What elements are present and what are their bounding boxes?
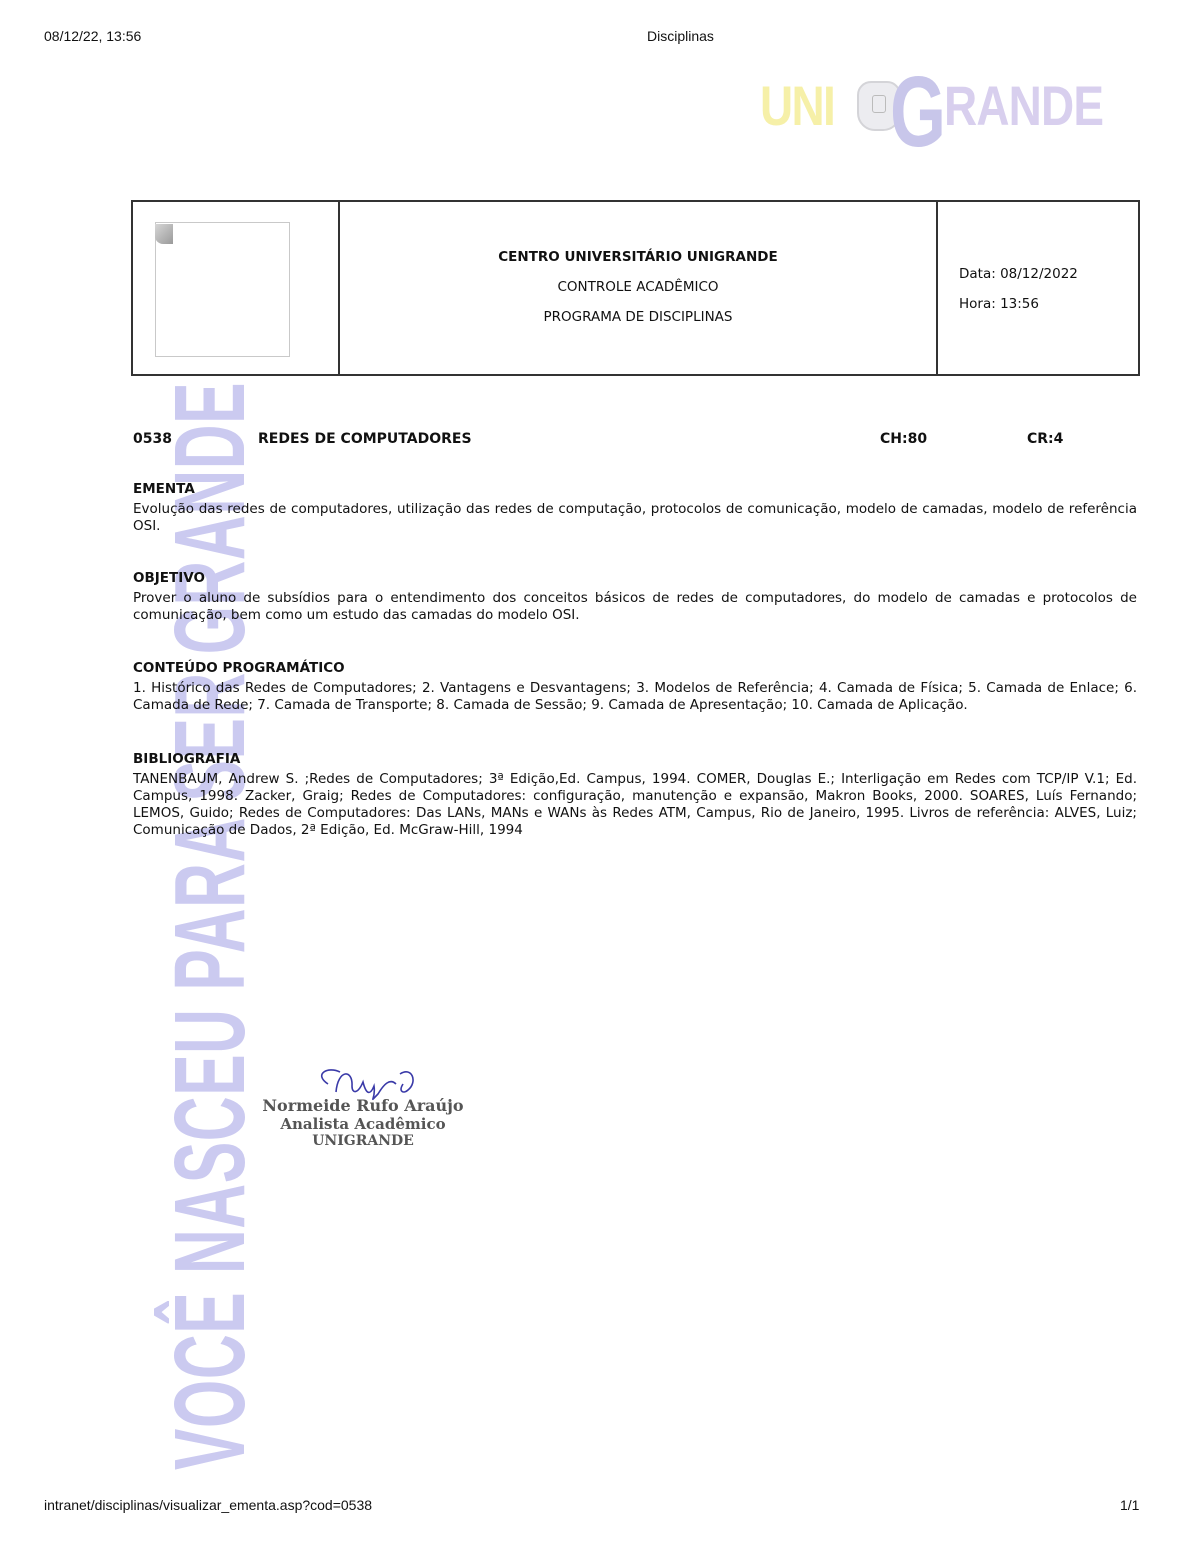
- course-name: REDES DE COMPUTADORES: [258, 431, 472, 447]
- logo-cell: [133, 202, 340, 374]
- section-title: EMENTA: [133, 481, 1137, 497]
- department-name: CONTROLE ACADÊMICO: [340, 279, 936, 295]
- unigrande-logo: UNI G RANDE: [752, 55, 1132, 155]
- section-title: CONTEÚDO PROGRAMÁTICO: [133, 660, 1137, 676]
- document-time: Hora: 13:56: [959, 296, 1138, 312]
- header-box: CENTRO UNIVERSITÁRIO UNIGRANDE CONTROLE …: [131, 200, 1140, 376]
- document-type: PROGRAMA DE DISCIPLINAS: [340, 309, 936, 325]
- institution-name: CENTRO UNIVERSITÁRIO UNIGRANDE: [340, 249, 936, 265]
- broken-image-icon: [155, 224, 173, 244]
- section-text: Prover o aluno de subsídios para o enten…: [133, 590, 1137, 624]
- datetime-cell: Data: 08/12/2022 Hora: 13:56: [938, 202, 1138, 374]
- section-text: 1. Histórico das Redes de Computadores; …: [133, 680, 1137, 714]
- section-conteudo: CONTEÚDO PROGRAMÁTICO 1. Histórico das R…: [133, 660, 1137, 714]
- institution-cell: CENTRO UNIVERSITÁRIO UNIGRANDE CONTROLE …: [340, 202, 938, 374]
- page-number: 1/1: [1120, 1497, 1139, 1513]
- signature-stamp: Normeide Rufo Araújo Analista Acadêmico …: [258, 1066, 468, 1149]
- image-placeholder: [155, 222, 290, 357]
- signer-role: Analista Acadêmico: [258, 1115, 468, 1133]
- section-text: TANENBAUM, Andrew S. ;Redes de Computado…: [133, 771, 1137, 839]
- course-credits: CR:4: [1027, 431, 1063, 447]
- section-title: OBJETIVO: [133, 570, 1137, 586]
- print-datetime: 08/12/22, 13:56: [44, 28, 141, 44]
- watermark-text: VOCÊ NASCEU PARA SER GRANDE: [160, 382, 260, 1470]
- section-objetivo: OBJETIVO Prover o aluno de subsídios par…: [133, 570, 1137, 624]
- print-page-title: Disciplinas: [647, 28, 714, 44]
- signer-org: UNIGRANDE: [258, 1133, 468, 1149]
- document-date: Data: 08/12/2022: [959, 266, 1138, 282]
- course-code: 0538: [133, 431, 172, 447]
- course-hours: CH:80: [880, 431, 927, 447]
- section-title: BIBLIOGRAFIA: [133, 751, 1137, 767]
- logo-g-letter: G: [890, 55, 946, 170]
- logo-uni-text: UNI: [760, 73, 834, 138]
- logo-rande-text: RANDE: [944, 73, 1103, 138]
- print-url: intranet/disciplinas/visualizar_ementa.a…: [44, 1497, 372, 1513]
- section-text: Evolução das redes de computadores, util…: [133, 501, 1137, 535]
- section-ementa: EMENTA Evolução das redes de computadore…: [133, 481, 1137, 535]
- section-bibliografia: BIBLIOGRAFIA TANENBAUM, Andrew S. ;Redes…: [133, 751, 1137, 839]
- signer-name: Normeide Rufo Araújo: [258, 1096, 468, 1115]
